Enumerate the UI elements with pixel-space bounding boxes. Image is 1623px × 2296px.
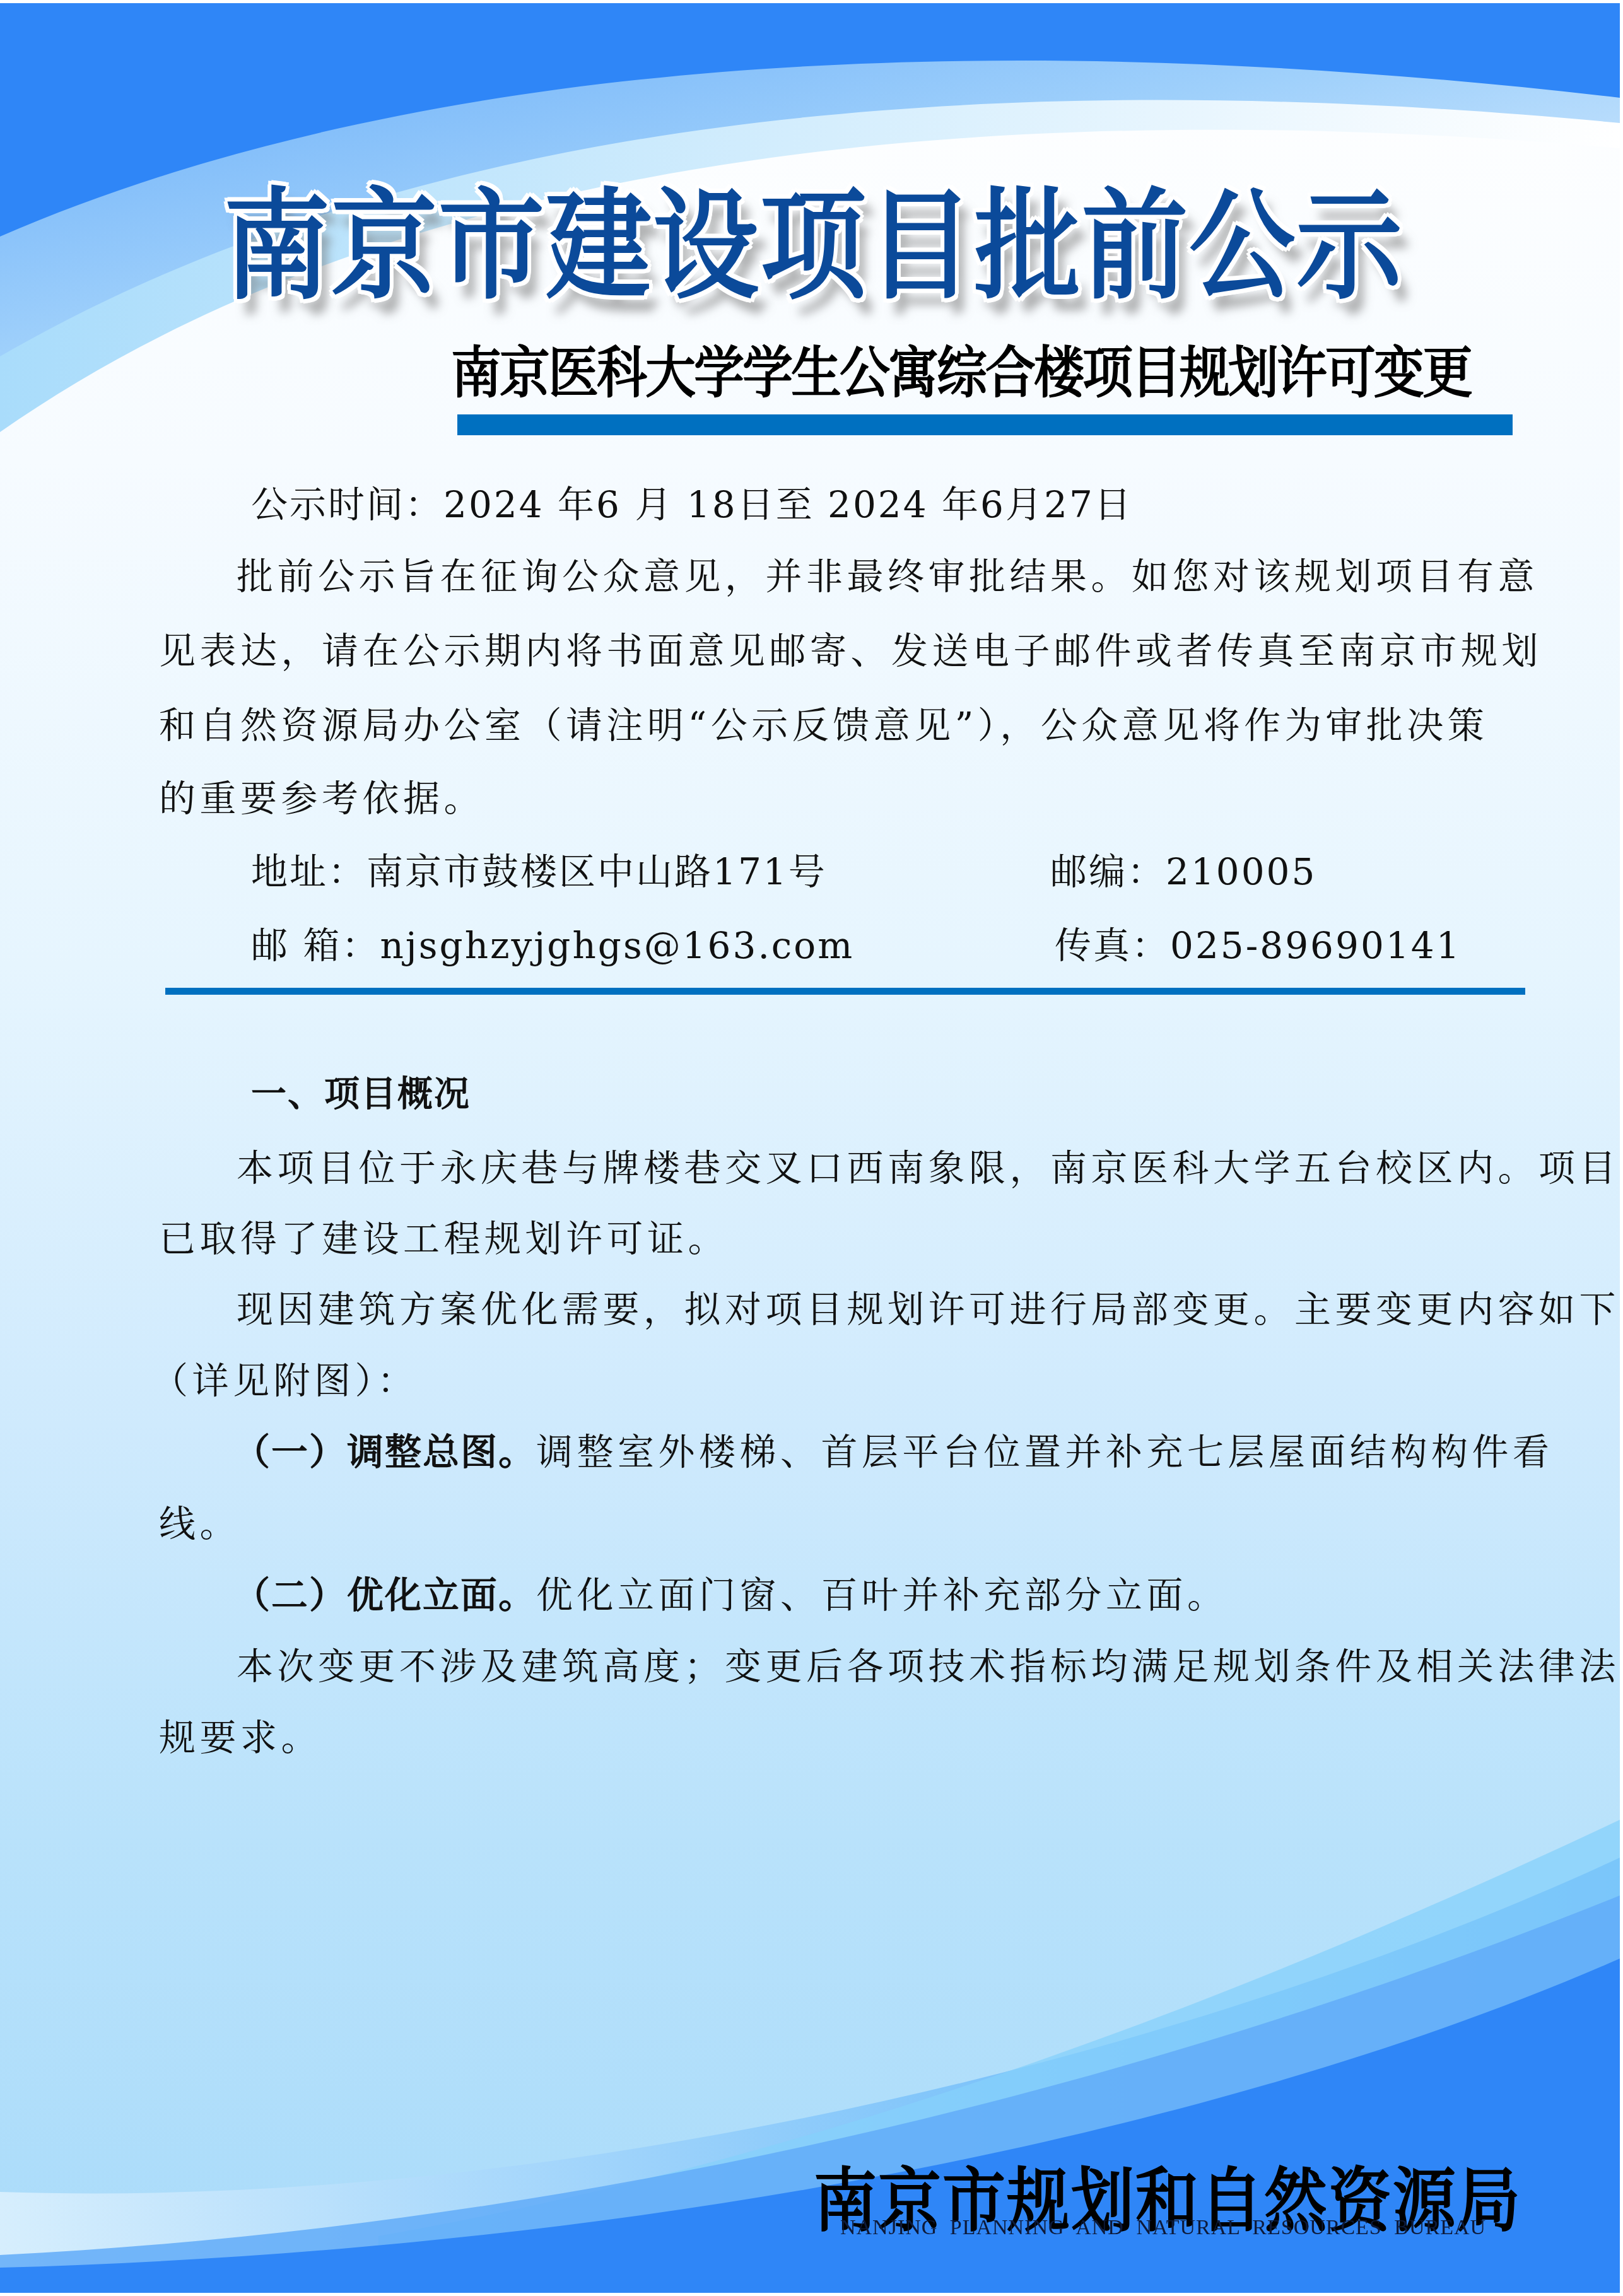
- address-value: 南京市鼓楼区中山路171号: [366, 850, 827, 893]
- notice-period: 公示时间：2024 年6 月 18日至 2024 年6月27日: [251, 475, 1133, 528]
- change-item-1-text: 调整室外楼梯、首层平台位置并补充七层屋面结构构件看: [536, 1431, 1554, 1473]
- agency-name-en: NANJING PLANNING AND NATURAL RESOURCES B…: [840, 2216, 1486, 2240]
- fax: 传真：025-89690141: [1055, 916, 1462, 969]
- change-item-1-title: （一）调整总图。: [233, 1431, 536, 1473]
- change-item-2: （二）优化立面。优化立面门窗、百叶并补充部分立面。: [233, 1566, 1228, 1619]
- address: 地址：南京市鼓楼区中山路171号: [251, 842, 827, 895]
- change-item-1: （一）调整总图。调整室外楼梯、首层平台位置并补充七层屋面结构构件看: [233, 1422, 1554, 1475]
- section-heading: 一、项目概况: [251, 1066, 471, 1116]
- change-item-2-text: 优化立面门窗、百叶并补充部分立面。: [536, 1574, 1228, 1617]
- project-subtitle: 南京医科大学学生公寓综合楼项目规划许可变更: [451, 328, 1517, 408]
- contact-divider: [165, 988, 1525, 995]
- postcode-value: 210005: [1166, 850, 1316, 893]
- body-line: 已取得了建设工程规划许可证。: [159, 1209, 729, 1262]
- intro-line: 和自然资源局办公室（请注明“公示反馈意见”），公众意见将作为审批决策: [159, 696, 1488, 749]
- body-line: 本次变更不涉及建筑高度；变更后各项技术指标均满足规划条件及相关法律法: [237, 1637, 1620, 1690]
- notice-period-label: 公示时间：: [251, 483, 443, 526]
- email: 邮 箱：njsghzyjghgs@163.com: [251, 916, 854, 969]
- intro-line: 见表达，请在公示期内将书面意见邮寄、发送电子邮件或者传真至南京市规划: [159, 621, 1542, 674]
- main-title: 南京市建设项目批前公示: [214, 151, 1413, 322]
- change-item-2-title: （二）优化立面。: [233, 1574, 536, 1617]
- postcode-label: 邮编：: [1050, 850, 1166, 893]
- email-link[interactable]: njsghzyjghgs@163.com: [380, 924, 854, 967]
- body-line: 规要求。: [159, 1708, 322, 1761]
- address-label: 地址：: [251, 850, 366, 893]
- notice-period-value: 2024 年6 月 18日至 2024 年6月27日: [443, 483, 1133, 526]
- body-line: 本项目位于永庆巷与牌楼巷交叉口西南象限，南京医科大学五台校区内。项目: [237, 1139, 1620, 1192]
- intro-line: 的重要参考依据。: [159, 769, 484, 822]
- title-divider: [457, 414, 1513, 435]
- notice-poster: 南京市建设项目批前公示 南京医科大学学生公寓综合楼项目规划许可变更 公示时间：2…: [0, 3, 1620, 2293]
- intro-line: 批前公示旨在征询公众意见，并非最终审批结果。如您对该规划项目有意: [237, 547, 1538, 600]
- body-line: 现因建筑方案优化需要，拟对项目规划许可进行局部变更。主要变更内容如下: [237, 1280, 1620, 1333]
- postcode: 邮编：210005: [1050, 842, 1316, 895]
- fax-value: 025-89690141: [1170, 924, 1462, 967]
- body-line: 线。: [159, 1494, 240, 1547]
- fax-label: 传真：: [1055, 924, 1170, 967]
- email-label: 邮 箱：: [251, 924, 380, 967]
- body-line: （详见附图）：: [151, 1351, 418, 1404]
